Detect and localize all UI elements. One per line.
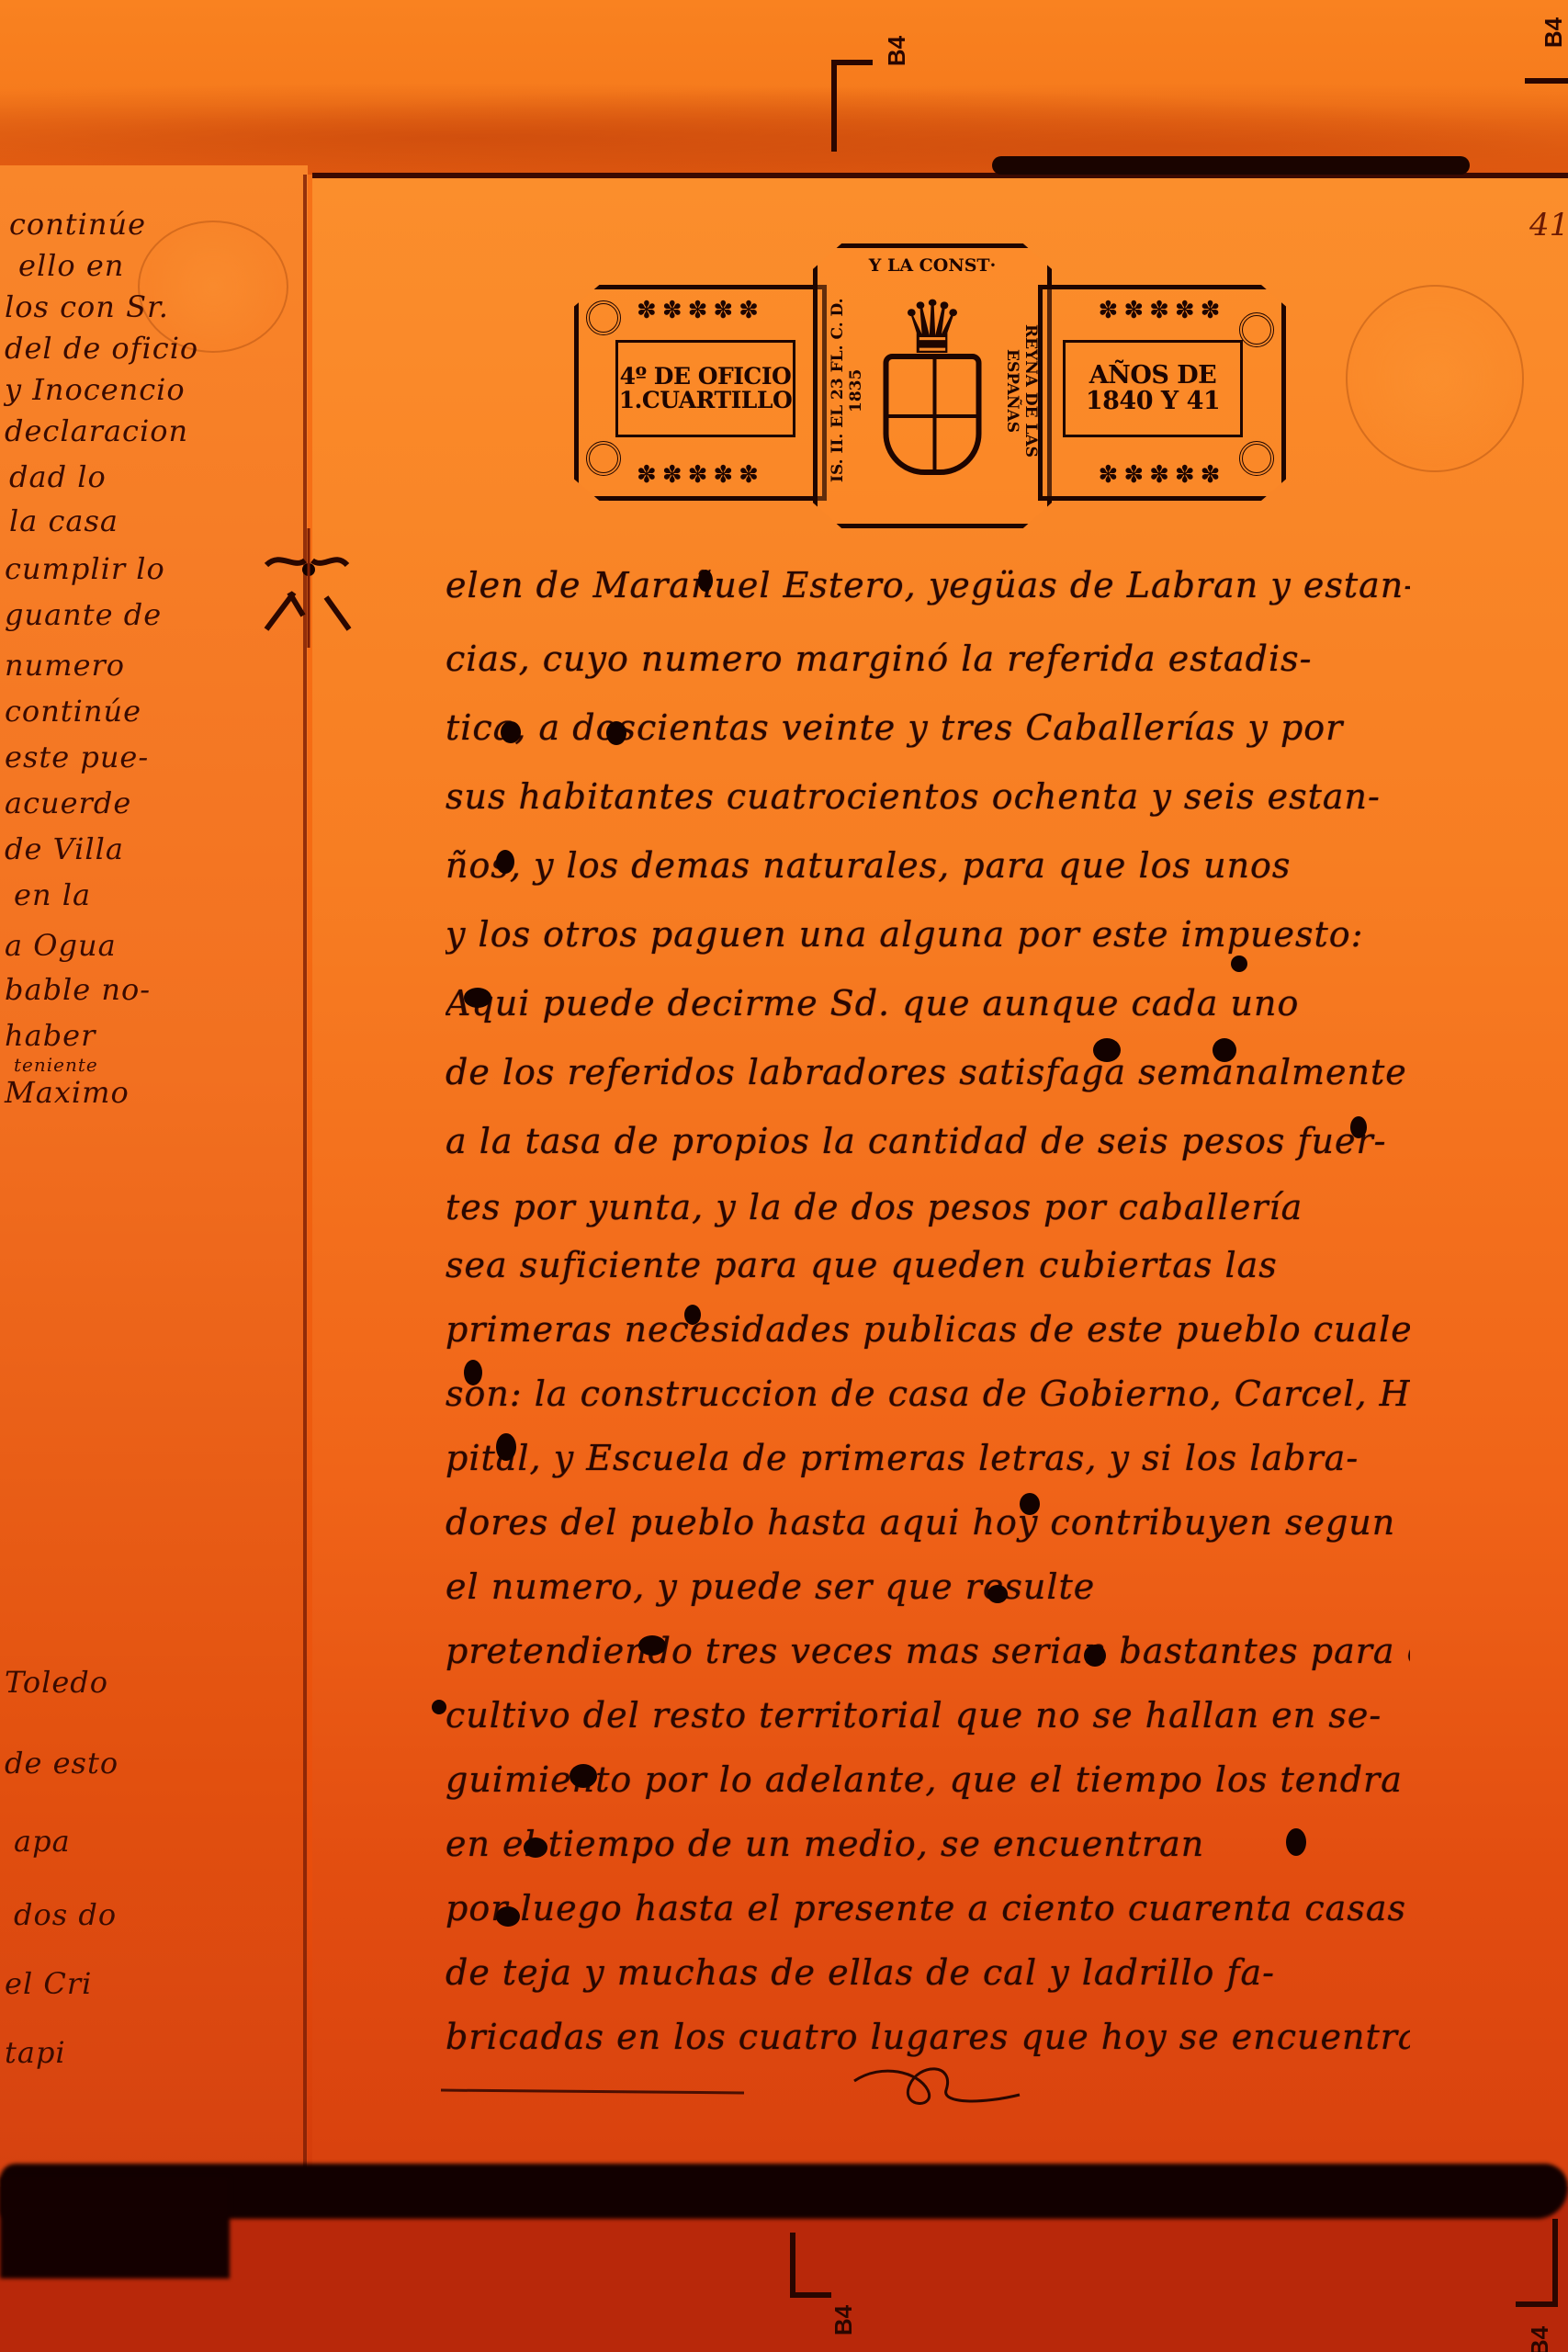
- left-page-line: el Cri: [5, 1966, 92, 2001]
- flower-ornament: ✽✽✽✽✽: [597, 461, 804, 489]
- ink-blot: [496, 850, 514, 874]
- marker-label: B4: [883, 36, 911, 66]
- left-page-line: dad lo: [9, 459, 107, 494]
- manuscript-line: ños, y los demas naturales, para que los…: [446, 845, 1410, 886]
- manuscript-line: bricadas en los cuatro lugares que hoy s…: [446, 2017, 1410, 2057]
- folio-number: 41: [1529, 207, 1568, 243]
- stamp-center-panel: Y LA CONST· IS. II. EL 23 FL. C. D. 1835…: [813, 243, 1052, 528]
- ink-blot: [698, 570, 713, 592]
- embossed-seal: [1346, 285, 1524, 472]
- manuscript-line: por luego hasta el presente a ciento cua…: [446, 1888, 1410, 1928]
- stamp-inscription-right: REYNA DE LAS ESPAÑAS: [1003, 285, 1040, 496]
- left-page-line: de Villa: [5, 831, 124, 866]
- ink-blot: [1093, 1038, 1121, 1062]
- ring-ornament-icon: [1239, 312, 1274, 347]
- stamp-class: 4º DE OFICIO: [620, 365, 792, 389]
- bottom-shadow: [0, 2164, 1568, 2219]
- left-page-line: guante de: [5, 597, 162, 632]
- ink-blot: [496, 1906, 520, 1927]
- left-page-line: bable no-: [5, 972, 151, 1007]
- stamp-years-label: AÑOS DE: [1089, 363, 1217, 389]
- manuscript-line: y los otros paguen una alguna por este i…: [446, 914, 1410, 955]
- marker-label: B4: [829, 2305, 858, 2335]
- flower-ornament: ✽✽✽✽✽: [597, 297, 804, 324]
- stamp-value-box: 4º DE OFICIO 1.CUARTILLO: [615, 340, 795, 437]
- ink-blot: [496, 1433, 516, 1461]
- bottom-left-shadow: [0, 2177, 230, 2278]
- signature-flourish-icon: [845, 2053, 1029, 2118]
- manuscript-line: Aqui puede decirme Sd. que aunque cada u…: [446, 983, 1410, 1023]
- stamp-left-panel: ✽✽✽✽✽ 4º DE OFICIO 1.CUARTILLO ✽✽✽✽✽: [574, 285, 827, 501]
- stamp-years: 1840 Y 41: [1086, 389, 1220, 414]
- left-page-line: del de oficio: [5, 331, 198, 366]
- stamp-years-box: AÑOS DE 1840 Y 41: [1063, 340, 1243, 437]
- ink-blot: [432, 1700, 446, 1714]
- left-page-line: numero: [5, 648, 125, 683]
- page-gutter: [303, 175, 307, 2168]
- manuscript-line: primeras necesidades publicas de este pu…: [446, 1309, 1410, 1350]
- ink-blot: [1213, 1038, 1236, 1062]
- ink-blot: [570, 1764, 597, 1788]
- left-page-line: tapi: [5, 2035, 66, 2070]
- left-page-line: Maximo: [5, 1075, 130, 1110]
- ring-ornament-icon: [586, 300, 621, 335]
- stamp-value: 1.CUARTILLO: [619, 389, 793, 413]
- stamp-inscription-top: Y LA CONST·: [818, 255, 1047, 276]
- ink-blot: [464, 988, 491, 1008]
- torn-top-edge: [992, 156, 1470, 175]
- left-page-line: a Ogua: [5, 928, 117, 963]
- left-page-line: en la: [14, 877, 91, 912]
- left-page-line: declaracion: [5, 413, 188, 448]
- left-page-line: de esto: [5, 1746, 118, 1781]
- manuscript-line: el numero, y puede ser que resulte: [446, 1566, 1410, 1607]
- manuscript-line: de los referidos labradores satisfaga se…: [446, 1052, 1410, 1092]
- stamp-inscription-left: IS. II. EL 23 FL. C. D. 1835: [829, 285, 865, 496]
- left-page-line: y Inocencio: [5, 372, 186, 407]
- manuscript-line: a la tasa de propios la cantidad de seis…: [446, 1121, 1410, 1161]
- ink-blot: [1231, 955, 1247, 972]
- left-page-line: continúe: [9, 207, 146, 242]
- ink-blot: [464, 1360, 482, 1385]
- left-page-line: dos do: [14, 1897, 117, 1932]
- manuscript-line: de teja y muchas de ellas de cal y ladri…: [446, 1952, 1410, 1993]
- left-page-line: apa: [14, 1824, 71, 1859]
- manuscript-line: en el tiempo de un medio, se encuentran: [446, 1824, 1410, 1864]
- manuscript-line: sea suficiente para que queden cubiertas…: [446, 1245, 1410, 1285]
- left-page-line: la casa: [9, 503, 118, 538]
- coat-of-arms-icon: [884, 354, 982, 475]
- manuscript-line: elen de Marañuel Estero, yegüas de Labra…: [446, 565, 1410, 605]
- left-page-line: cumplir lo: [5, 551, 165, 586]
- left-page-line: Toledo: [5, 1665, 108, 1700]
- manuscript-line: dores del pueblo hasta aqui hoy contribu…: [446, 1502, 1410, 1543]
- ink-blot: [606, 721, 626, 745]
- ink-blot: [1286, 1828, 1306, 1856]
- left-page-line: los con Sr.: [5, 289, 169, 324]
- stamp-right-panel: ✽✽✽✽✽ AÑOS DE 1840 Y 41 ✽✽✽✽✽: [1038, 285, 1286, 501]
- marker-label: B4: [1526, 2326, 1554, 2352]
- left-page-line: continúe: [5, 694, 141, 729]
- manuscript-line: tica, a doscientas veinte y tres Caballe…: [446, 707, 1410, 748]
- ink-blot: [1020, 1493, 1040, 1515]
- manuscript-line: cias, cuyo numero marginó la referida es…: [446, 639, 1410, 679]
- left-page-line: acuerde: [5, 786, 131, 820]
- ink-blot: [524, 1837, 547, 1858]
- flower-ornament: ✽✽✽✽✽: [1061, 461, 1263, 489]
- manuscript-line: sus habitantes cuatrocientos ochenta y s…: [446, 776, 1410, 817]
- ink-blot: [1084, 1645, 1106, 1667]
- margin-flourish-icon: [239, 528, 377, 648]
- left-page-line: este pue-: [5, 740, 149, 775]
- ink-blot: [501, 721, 521, 743]
- left-page-line: haber: [5, 1018, 96, 1053]
- ink-blot: [1350, 1116, 1367, 1138]
- revenue-stamp: ✽✽✽✽✽ 4º DE OFICIO 1.CUARTILLO ✽✽✽✽✽ Y L…: [565, 243, 1291, 519]
- ink-blot: [638, 1635, 666, 1656]
- manuscript-line: pital, y Escuela de primeras letras, y s…: [446, 1438, 1410, 1478]
- ink-blot: [684, 1305, 701, 1325]
- manuscript-line: son: la construccion de casa de Gobierno…: [446, 1374, 1410, 1414]
- flower-ornament: ✽✽✽✽✽: [1061, 297, 1263, 324]
- manuscript-line: pretendiendo tres veces mas serian basta…: [446, 1631, 1410, 1671]
- marker-label: B4: [1540, 17, 1568, 48]
- left-page-line: teniente: [14, 1054, 98, 1076]
- manuscript-line: cultivo del resto territorial que no se …: [446, 1695, 1410, 1736]
- manuscript-line: tes por yunta, y la de dos pesos por cab…: [446, 1187, 1410, 1227]
- left-page-line: ello en: [18, 248, 124, 283]
- ink-blot: [987, 1585, 1008, 1603]
